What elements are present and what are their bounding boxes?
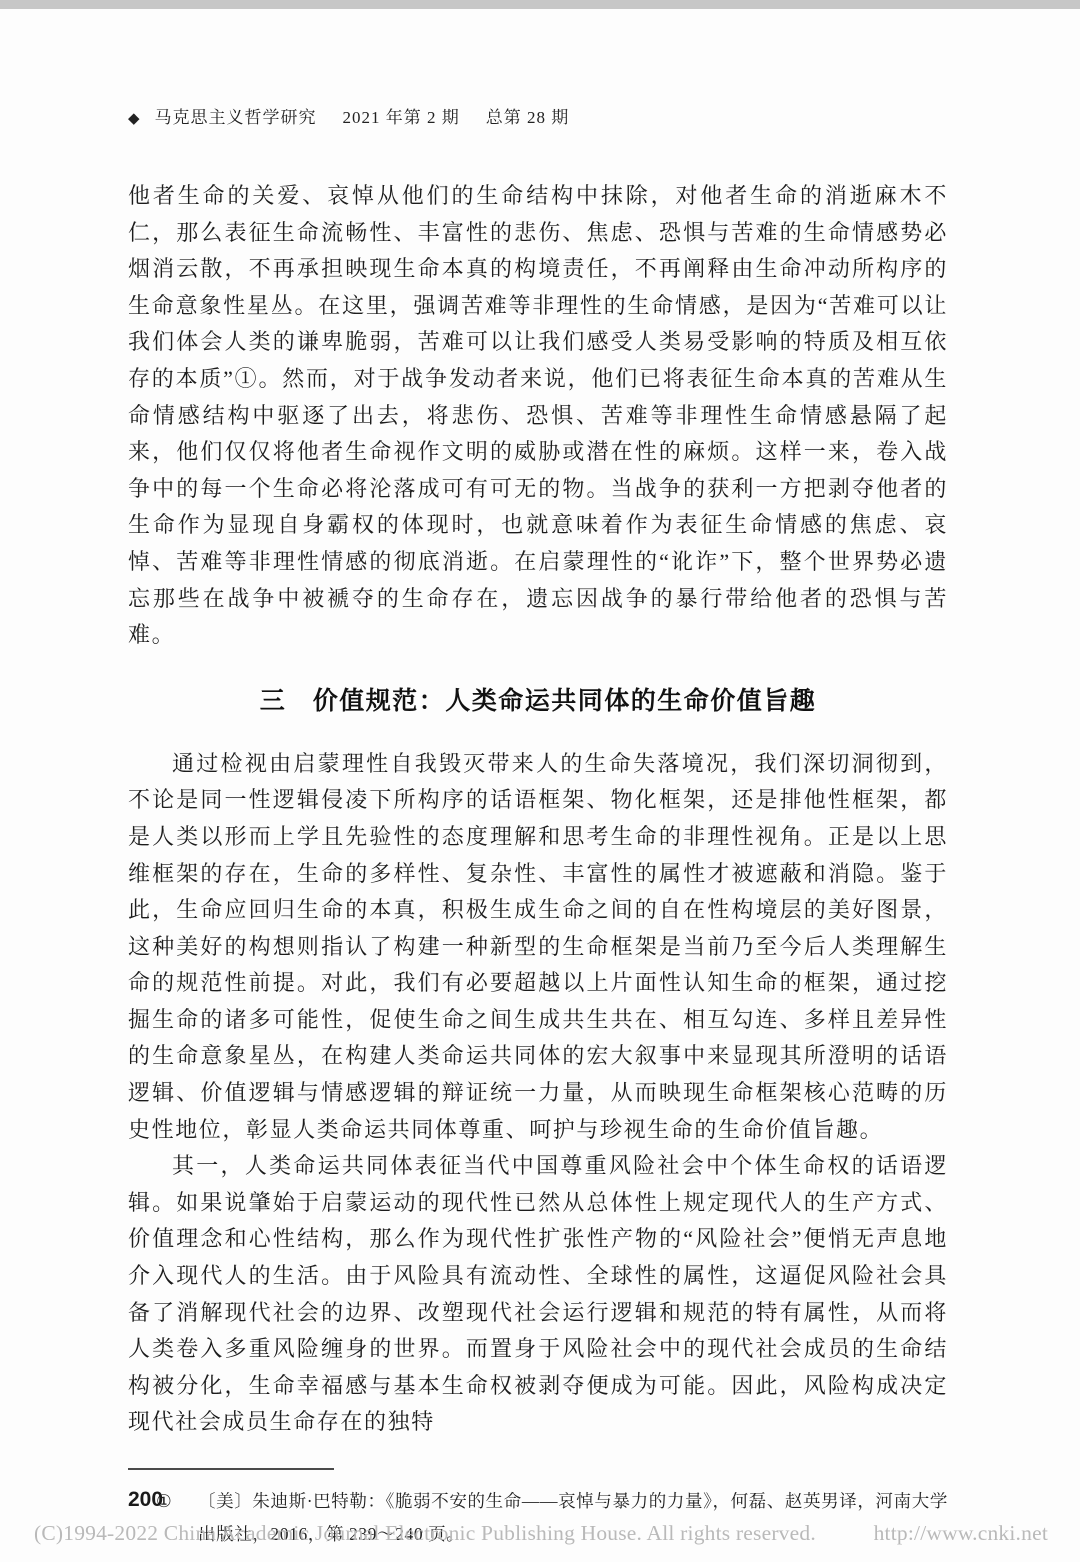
diamond-icon: ◆ <box>128 111 141 127</box>
copyright-text: (C)1994-2022 China Academic Journal Elec… <box>34 1521 816 1546</box>
running-header: ◆马克思主义哲学研究2021 年第 2 期总第 28 期 <box>128 103 948 128</box>
body-paragraph: 其一，人类命运共同体表征当代中国尊重风险社会中个体生命权的话语逻辑。如果说肇始于… <box>128 1148 948 1441</box>
section-heading: 三 价值规范：人类命运共同体的生命价值旨趣 <box>128 681 948 717</box>
page-content: ◆马克思主义哲学研究2021 年第 2 期总第 28 期 他者生命的关爱、哀悼从… <box>0 103 1080 1551</box>
issue-label: 2021 年第 2 期 <box>343 108 460 127</box>
body-paragraph-continuation: 他者生命的关爱、哀悼从他们的生命结构中抹除，对他者生命的消逝麻木不仁，那么表征生… <box>128 178 948 654</box>
scan-edge-artifact <box>0 0 1080 9</box>
footnote-divider <box>128 1468 334 1470</box>
journal-page: ◆马克思主义哲学研究2021 年第 2 期总第 28 期 他者生命的关爱、哀悼从… <box>0 0 1080 1562</box>
watermark-url: http://www.cnki.net <box>874 1521 1048 1546</box>
journal-title: 马克思主义哲学研究 <box>155 108 317 127</box>
body-paragraph: 通过检视由启蒙理性自我毁灭带来人的生命失落境况，我们深切洞彻到，不论是同一性逻辑… <box>128 746 948 1149</box>
volume-label: 总第 28 期 <box>486 108 570 127</box>
copyright-watermark: (C)1994-2022 China Academic Journal Elec… <box>34 1521 1048 1546</box>
page-number: 200 <box>128 1488 163 1512</box>
